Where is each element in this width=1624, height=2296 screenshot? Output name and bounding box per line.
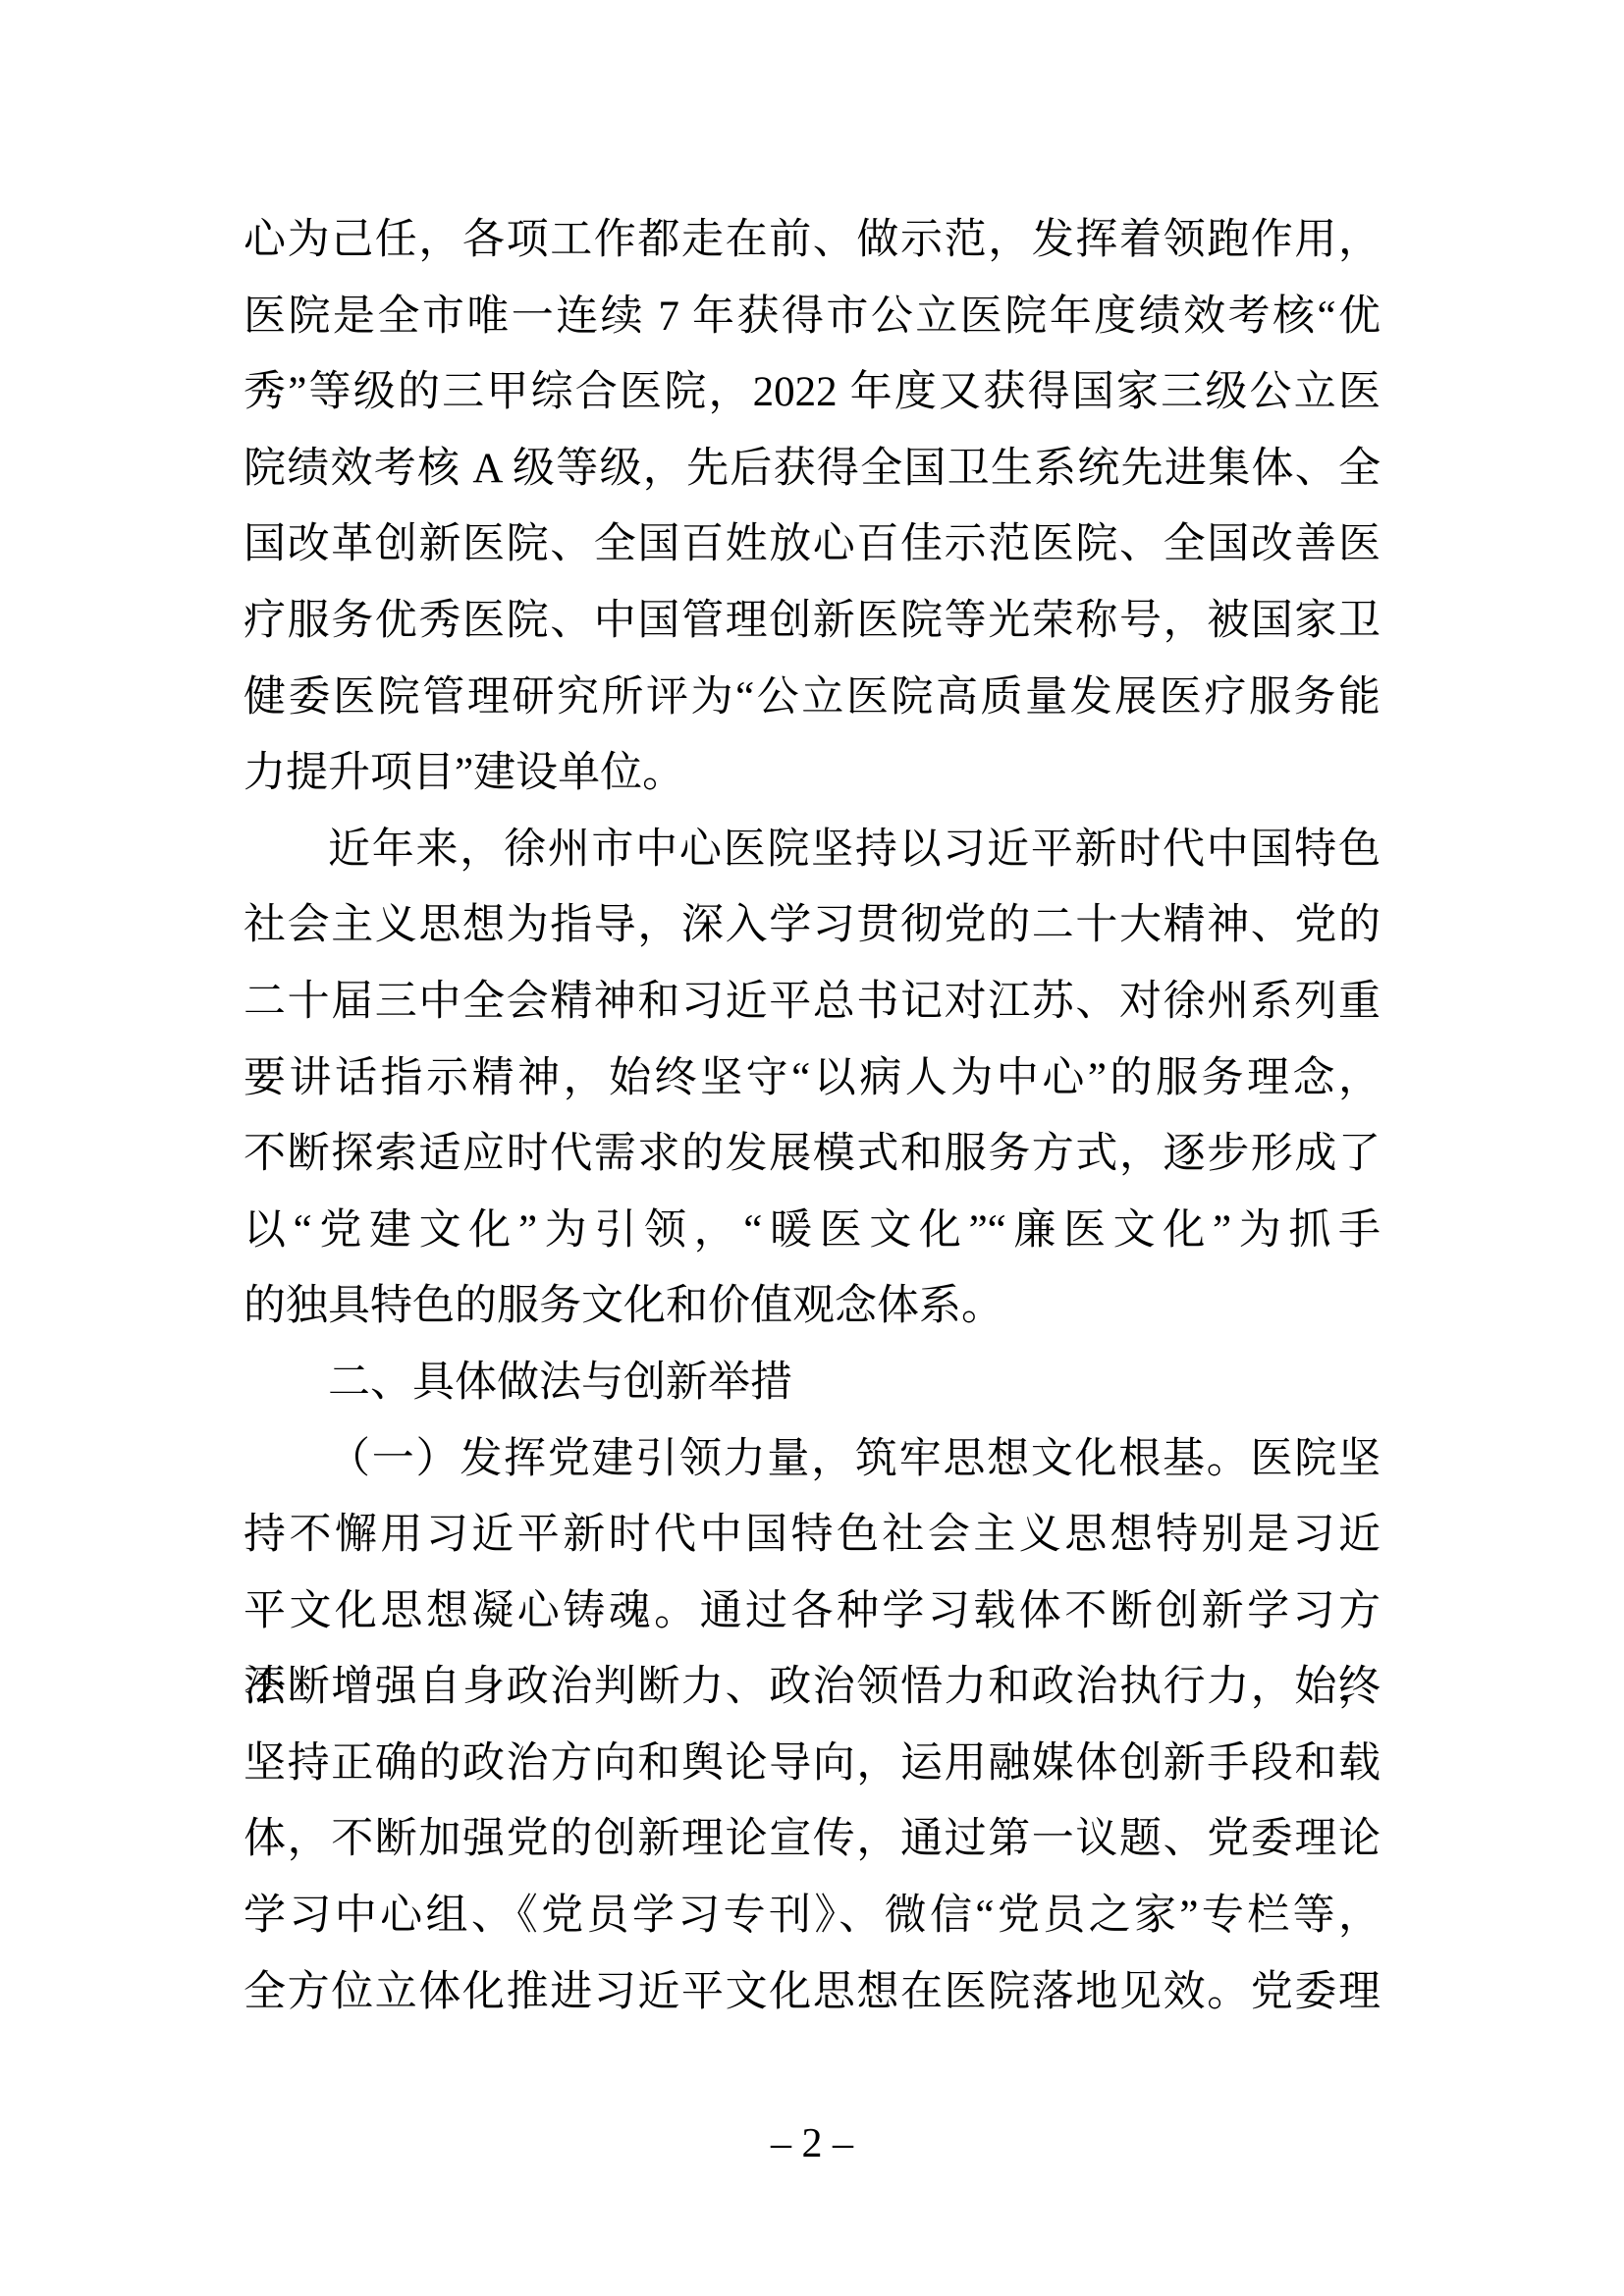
document-page: 心为己任，各项工作都走在前、做示范，发挥着领跑作用，医院是全市唯一连续 7 年获… [0, 0, 1624, 2296]
text-line: 心为己任，各项工作都走在前、做示范，发挥着领跑作用， [244, 202, 1380, 279]
text-line: 健委医院管理研究所评为“公立医院高质量发展医疗服务能 [244, 660, 1380, 736]
text-line: 国改革创新医院、全国百姓放心百佳示范医院、全国改善医 [244, 507, 1380, 583]
text-line: 疗服务优秀医院、中国管理创新医院等光荣称号，被国家卫 [244, 583, 1380, 660]
text-line: 二十届三中全会精神和习近平总书记对江苏、对徐州系列重 [244, 964, 1380, 1041]
text-line: 全方位立体化推进习近平文化思想在医院落地见效。党委理 [244, 1954, 1380, 2031]
text-line: 医院是全市唯一连续 7 年获得市公立医院年度绩效考核“优 [244, 279, 1380, 355]
text-line: 学习中心组、《党员学习专刊》、微信“党员之家”专栏等， [244, 1878, 1380, 1954]
text-line: 二、具体做法与创新举措 [244, 1345, 1380, 1421]
page-number: – 2 – [771, 2121, 853, 2166]
text-line: 社会主义思想为指导，深入学习贯彻党的二十大精神、党的 [244, 887, 1380, 964]
text-line: 平文化思想凝心铸魂。通过各种学习载体不断创新学习方法， [244, 1574, 1380, 1650]
text-line: 持不懈用习近平新时代中国特色社会主义思想特别是习近 [244, 1497, 1380, 1574]
text-line: 秀”等级的三甲综合医院，2022 年度又获得国家三级公立医 [244, 354, 1380, 431]
text-line: 要讲话指示精神，始终坚守“以病人为中心”的服务理念， [244, 1041, 1380, 1117]
text-line: 体，不断加强党的创新理论宣传，通过第一议题、党委理论 [244, 1801, 1380, 1878]
text-line: （一）发挥党建引领力量，筑牢思想文化根基。医院坚 [244, 1421, 1380, 1498]
text-line: 以“党建文化”为引领，“暖医文化”“廉医文化”为抓手 [244, 1193, 1380, 1269]
text-line: 的独具特色的服务文化和价值观念体系。 [244, 1268, 1380, 1345]
text-line: 不断增强自身政治判断力、政治领悟力和政治执行力，始终 [244, 1649, 1380, 1726]
page-footer: – 2 – [0, 2120, 1624, 2167]
text-line: 院绩效考核 A 级等级，先后获得全国卫生系统先进集体、全 [244, 431, 1380, 507]
document-body: 心为己任，各项工作都走在前、做示范，发挥着领跑作用，医院是全市唯一连续 7 年获… [244, 202, 1380, 2030]
text-line: 不断探索适应时代需求的发展模式和服务方式，逐步形成了 [244, 1116, 1380, 1193]
text-line: 力提升项目”建设单位。 [244, 735, 1380, 812]
text-line: 近年来，徐州市中心医院坚持以习近平新时代中国特色 [244, 812, 1380, 888]
text-line: 坚持正确的政治方向和舆论导向，运用融媒体创新手段和载 [244, 1726, 1380, 1802]
